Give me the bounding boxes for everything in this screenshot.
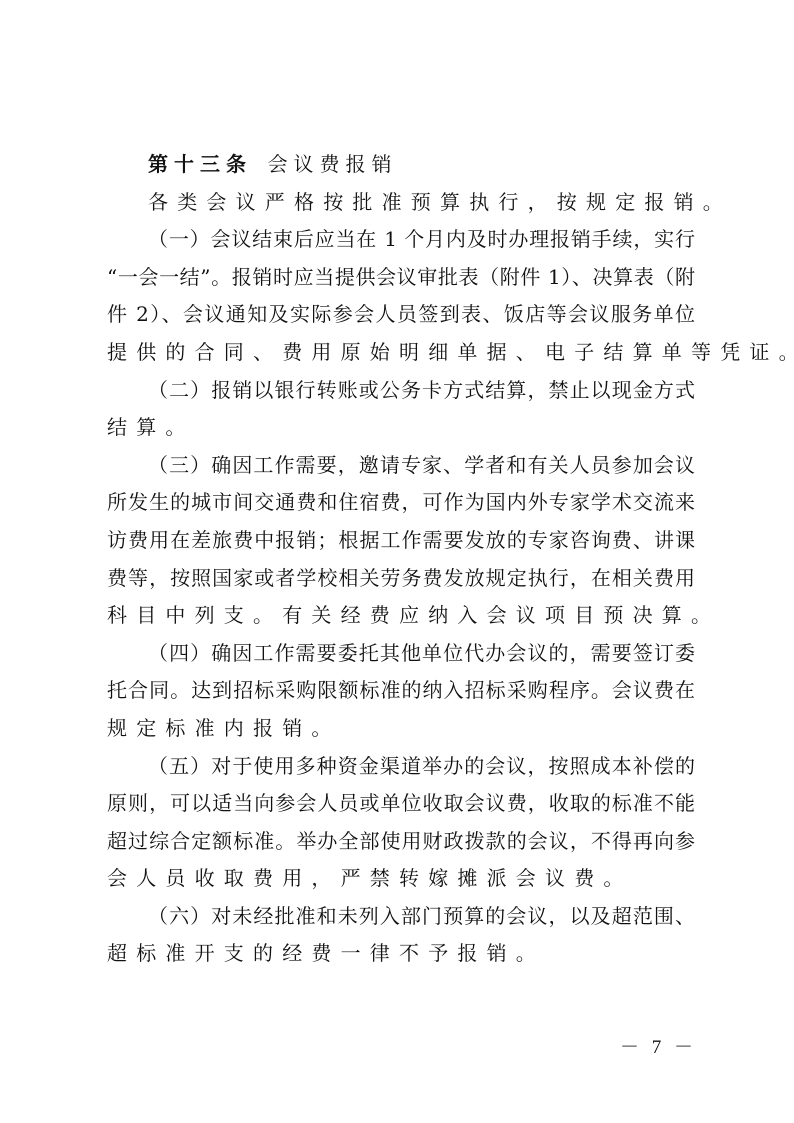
text-line: （一）会议结束后应当在 1 个月内及时办理报销手续，实行 [107,221,695,259]
text-line: 各类会议严格按批准预算执行，按规定报销。 [107,184,695,222]
text-line: （五）对于使用多种资金渠道举办的会议，按照成本补偿的 [107,748,695,786]
text-line: （二）报销以银行转账或公务卡方式结算，禁止以现金方式 [107,372,695,410]
text-line: （四）确因工作需要委托其他单位代办会议的，需要签订委 [107,635,695,673]
text-line: 费等，按照国家或者学校相关劳务费发放规定执行，在相关费用 [107,560,695,598]
text-line: “一会一结”。报销时应当提供会议审批表（附件 1）、决算表（附 [107,259,695,297]
text-line: （六）对未经批准和未列入部门预算的会议，以及超范围、 [107,898,695,936]
text-line: 科目中列支。有关经费应纳入会议项目预决算。 [107,597,695,635]
paragraph-item-2: （二）报销以银行转账或公务卡方式结算，禁止以现金方式 结算。 [107,372,695,447]
paragraph-item-3: （三）确因工作需要，邀请专家、学者和有关人员参加会议 所发生的城市间交通费和住宿… [107,447,695,635]
page-number: － 7 － [620,1032,697,1059]
text-line: 会人员收取费用，严禁转嫁摊派会议费。 [107,860,695,898]
article-title: 会议费报销 [268,152,398,176]
paragraph-item-1: （一）会议结束后应当在 1 个月内及时办理报销手续，实行 “一会一结”。报销时应… [107,221,695,371]
text-line: 原则，可以适当向参会人员或单位收取会议费，收取的标准不能 [107,785,695,823]
paragraph-item-6: （六）对未经批准和未列入部门预算的会议，以及超范围、 超标准开支的经费一律不予报… [107,898,695,973]
document-body: 第十三条 会议费报销 各类会议严格按批准预算执行，按规定报销。 （一）会议结束后… [107,146,695,973]
paragraph-item-5: （五）对于使用多种资金渠道举办的会议，按照成本补偿的 原则，可以适当向参会人员或… [107,748,695,898]
article-number: 第十三条 [148,152,252,176]
paragraph-item-4: （四）确因工作需要委托其他单位代办会议的，需要签订委 托合同。达到招标采购限额标… [107,635,695,748]
paragraph-intro: 各类会议严格按批准预算执行，按规定报销。 [107,184,695,222]
text-line: 所发生的城市间交通费和住宿费，可作为国内外专家学术交流来 [107,484,695,522]
text-line: 托合同。达到招标采购限额标准的纳入招标采购程序。会议费在 [107,672,695,710]
text-line: 提供的合同、费用原始明细单据、电子结算单等凭证。 [107,334,695,372]
text-line: 规定标准内报销。 [107,710,695,748]
text-line: 结算。 [107,409,695,447]
text-line: 访费用在差旅费中报销；根据工作需要发放的专家咨询费、讲课 [107,522,695,560]
text-line: 件 2）、会议通知及实际参会人员签到表、饭店等会议服务单位 [107,296,695,334]
document-page: 第十三条 会议费报销 各类会议严格按批准预算执行，按规定报销。 （一）会议结束后… [0,0,794,1123]
text-line: 超过综合定额标准。举办全部使用财政拨款的会议，不得再向参 [107,823,695,861]
article-heading: 第十三条 会议费报销 [107,146,695,184]
text-line: （三）确因工作需要，邀请专家、学者和有关人员参加会议 [107,447,695,485]
text-line: 超标准开支的经费一律不予报销。 [107,935,695,973]
